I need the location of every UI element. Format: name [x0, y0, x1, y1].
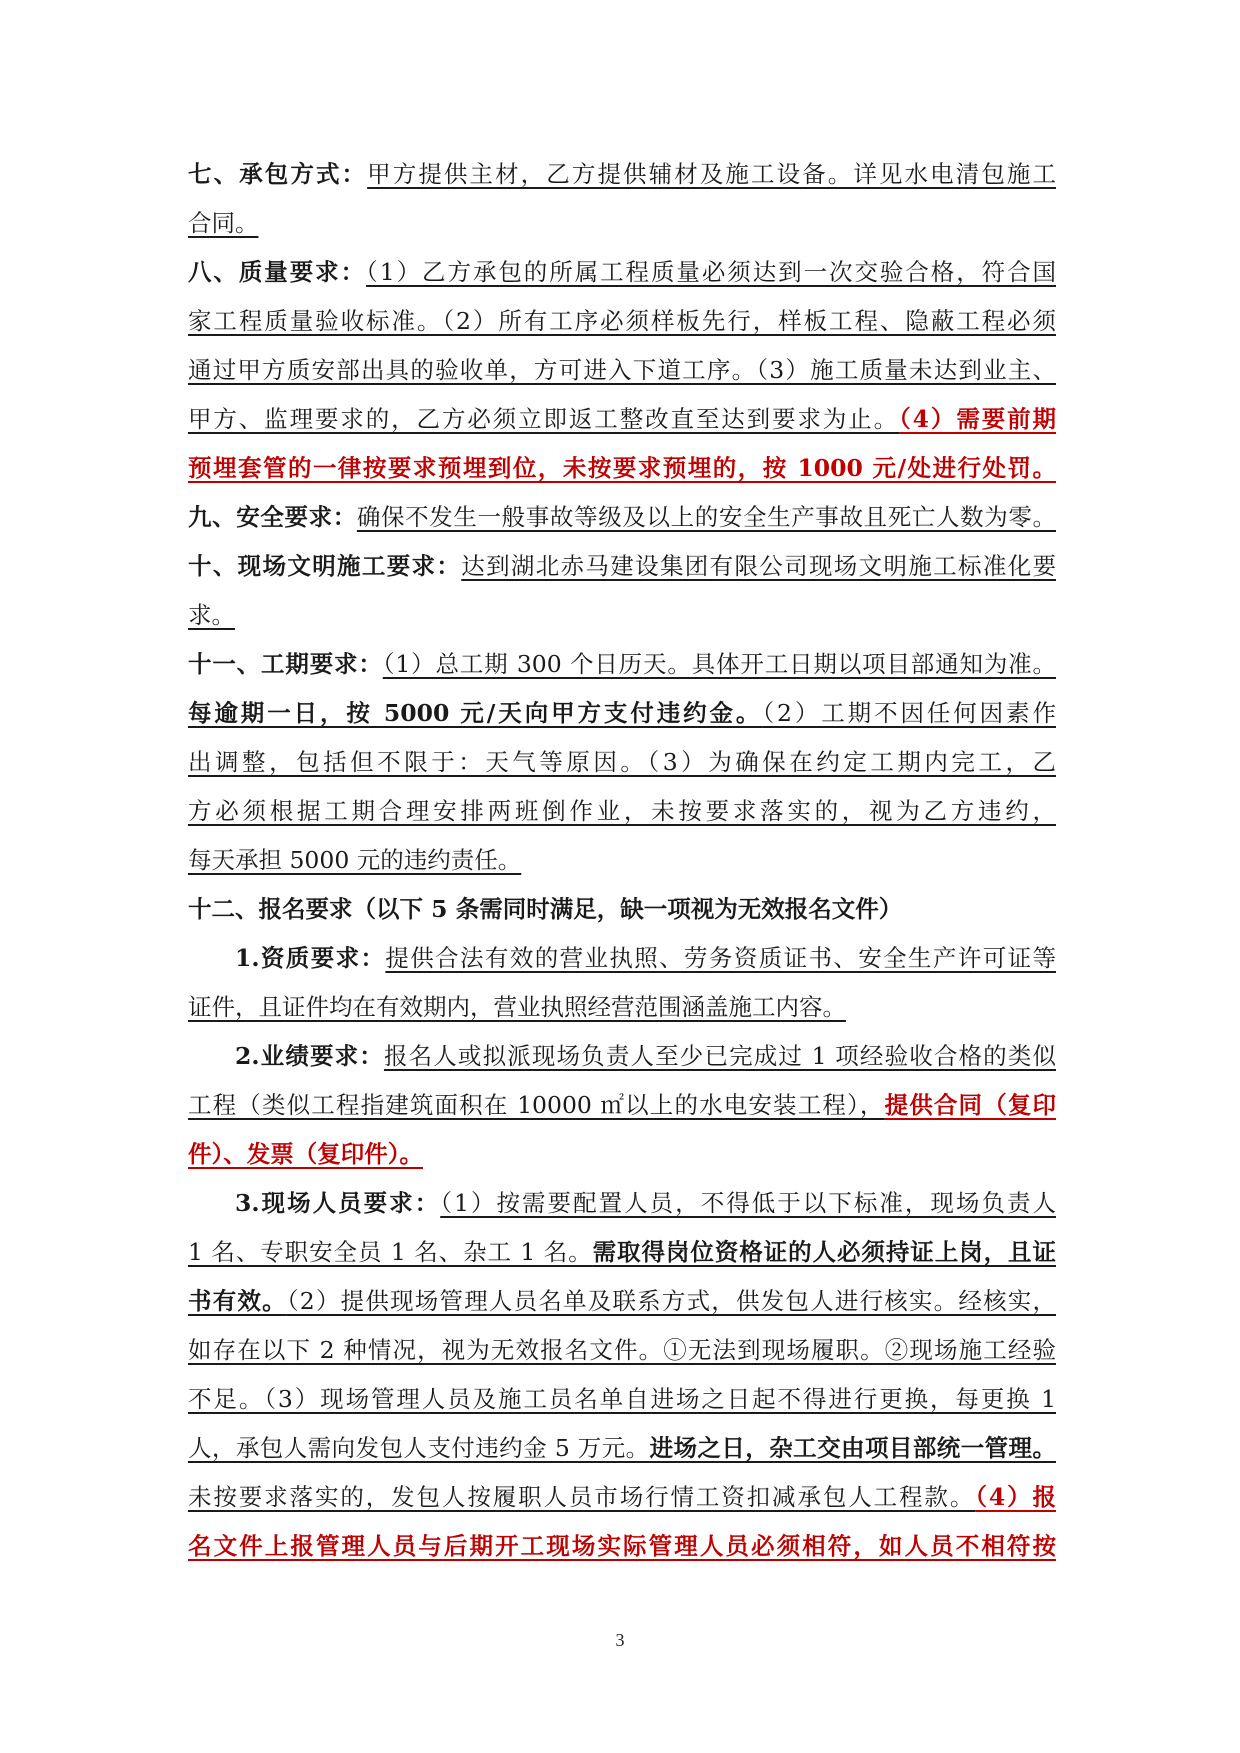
- section-9-text: 确保不发生一般事故等级及以上的安全生产事故且死亡人数为零。: [357, 503, 1056, 531]
- item-3-line-4: 如存在以下 2 种情况，视为无效报名文件。①无法到现场履职。②现场施工经验: [188, 1326, 1056, 1375]
- item-3-line-2: 1 名、专职安全员 1 名、杂工 1 名。需取得岗位资格证的人必须持证上岗，且证: [188, 1228, 1056, 1277]
- section-11-text: （1）总工期 300 个日历天。具体开工日期以项目部通知为准。: [383, 650, 1056, 678]
- item-3-text: 未按要求落实的，发包人按履职人员市场行情工资扣减承包人工程款。: [188, 1483, 975, 1511]
- item-3-heading: 3.现场人员要求：: [235, 1189, 440, 1217]
- section-8-line-1: 八、质量要求：（1）乙方承包的所属工程质量必须达到一次交验合格，符合国: [188, 248, 1056, 297]
- section-8-emphasis: 预埋套管的一律按要求预埋到位，未按要求预埋的，按 1000 元/处进行处罚。: [188, 454, 1056, 482]
- item-1-line-1: 1.资质要求：提供合法有效的营业执照、劳务资质证书、安全生产许可证等: [188, 934, 1056, 983]
- section-10-text: 求。: [188, 601, 235, 629]
- item-3-emphasis: 书有效。: [188, 1287, 287, 1315]
- section-8-line-5: 预埋套管的一律按要求预埋到位，未按要求预埋的，按 1000 元/处进行处罚。: [188, 444, 1056, 493]
- section-10-heading: 十、现场文明施工要求：: [188, 552, 461, 580]
- section-11-emphasis: 每逾期一日，按 5000 元/天向甲方支付违约金。: [188, 699, 762, 727]
- item-3-text: （2）提供现场管理人员名单及联系方式，供发包人进行核实。经核实，: [287, 1287, 1056, 1315]
- item-3-text: 1 名、专职安全员 1 名、杂工 1 名。: [188, 1238, 593, 1266]
- section-7-line-2: 合同。: [188, 199, 1056, 248]
- section-11-line-5: 每天承担 5000 元的违约责任。: [188, 836, 1056, 885]
- item-1-text: 提供合法有效的营业执照、劳务资质证书、安全生产许可证等: [385, 944, 1056, 972]
- item-3-line-1: 3.现场人员要求：（1）按需要配置人员，不得低于以下标准，现场负责人: [188, 1179, 1056, 1228]
- item-3-emphasis: 需取得岗位资格证的人必须持证上岗，且证: [593, 1238, 1056, 1266]
- item-2-emphasis: 提供合同（复印: [885, 1091, 1056, 1119]
- item-2-line-3: 件）、发票（复印件）。: [188, 1130, 1056, 1179]
- section-7-text: 甲方提供主材，乙方提供辅材及施工设备。详见水电清包施工: [367, 160, 1056, 188]
- item-3-line-3: 书有效。（2）提供现场管理人员名单及联系方式，供发包人进行核实。经核实，: [188, 1277, 1056, 1326]
- section-8-line-2: 家工程质量验收标准。（2）所有工序必须样板先行，样板工程、隐蔽工程必须: [188, 297, 1056, 346]
- section-11-text: （2）工期不因任何因素作: [762, 699, 1056, 727]
- item-3-line-5: 不足。（3）现场管理人员及施工员名单自进场之日起不得进行更换，每更换 1: [188, 1375, 1056, 1424]
- item-2-text: 报名人或拟派现场负责人至少已完成过 1 项经验收合格的类似: [384, 1042, 1056, 1070]
- item-2-line-2: 工程（类似工程指建筑面积在 10000 ㎡以上的水电安装工程），提供合同（复印: [188, 1081, 1056, 1130]
- section-8-emphasis: （4）需要前期: [899, 405, 1056, 433]
- item-1-text: 证件，且证件均在有效期内，营业执照经营范围涵盖施工内容。: [188, 993, 846, 1021]
- section-8-heading: 八、质量要求：: [188, 258, 366, 286]
- item-2-heading: 2.业绩要求：: [235, 1042, 384, 1070]
- section-8-text: （1）乙方承包的所属工程质量必须达到一次交验合格，符合国: [366, 258, 1056, 286]
- section-11-heading: 十一、工期要求：: [188, 650, 383, 678]
- item-3-emphasis: （4）报: [975, 1483, 1056, 1511]
- item-1-line-2: 证件，且证件均在有效期内，营业执照经营范围涵盖施工内容。: [188, 983, 1056, 1032]
- section-7-text: 合同。: [188, 209, 259, 237]
- item-3-text: （1）按需要配置人员，不得低于以下标准，现场负责人: [440, 1189, 1056, 1217]
- section-7-line-1: 七、承包方式：甲方提供主材，乙方提供辅材及施工设备。详见水电清包施工: [188, 150, 1056, 199]
- section-10-line-2: 求。: [188, 591, 1056, 640]
- item-3-emphasis: 名文件上报管理人员与后期开工现场实际管理人员必须相符，如人员不相符按: [188, 1532, 1056, 1560]
- section-8-line-4: 甲方、监理要求的，乙方必须立即返工整改直至达到要求为止。（4）需要前期: [188, 395, 1056, 444]
- section-11-text: 每天承担 5000 元的违约责任。: [188, 846, 521, 874]
- item-3-emphasis: 进场之日，杂工交由项目部统一管理。: [650, 1434, 1056, 1462]
- section-11-line-4: 方必须根据工期合理安排两班倒作业，未按要求落实的，视为乙方违约，: [188, 787, 1056, 836]
- section-10-text: 达到湖北赤马建设集团有限公司现场文明施工标准化要: [461, 552, 1056, 580]
- item-3-line-6: 人，承包人需向发包人支付违约金 5 万元。进场之日，杂工交由项目部统一管理。: [188, 1424, 1056, 1473]
- section-7-heading: 七、承包方式：: [188, 160, 367, 188]
- section-11-line-1: 十一、工期要求：（1）总工期 300 个日历天。具体开工日期以项目部通知为准。: [188, 640, 1056, 689]
- section-8-line-3: 通过甲方质安部出具的验收单，方可进入下道工序。（3）施工质量未达到业主、: [188, 346, 1056, 395]
- section-11-line-2: 每逾期一日，按 5000 元/天向甲方支付违约金。（2）工期不因任何因素作: [188, 689, 1056, 738]
- section-11-line-3: 出调整，包括但不限于：天气等原因。（3）为确保在约定工期内完工，乙: [188, 738, 1056, 787]
- item-2-line-1: 2.业绩要求：报名人或拟派现场负责人至少已完成过 1 项经验收合格的类似: [188, 1032, 1056, 1081]
- section-12-heading: 十二、报名要求（以下 5 条需同时满足，缺一项视为无效报名文件）: [188, 885, 1056, 934]
- item-2-emphasis: 件）、发票（复印件）。: [188, 1140, 423, 1168]
- document-page: 七、承包方式：甲方提供主材，乙方提供辅材及施工设备。详见水电清包施工 合同。 八…: [188, 150, 1056, 1571]
- section-9-heading: 九、安全要求：: [188, 503, 357, 531]
- item-3-text: 人，承包人需向发包人支付违约金 5 万元。: [188, 1434, 650, 1462]
- section-10-line-1: 十、现场文明施工要求：达到湖北赤马建设集团有限公司现场文明施工标准化要: [188, 542, 1056, 591]
- item-3-line-8: 名文件上报管理人员与后期开工现场实际管理人员必须相符，如人员不相符按: [188, 1522, 1056, 1571]
- section-9-line-1: 九、安全要求：确保不发生一般事故等级及以上的安全生产事故且死亡人数为零。: [188, 493, 1056, 542]
- item-3-line-7: 未按要求落实的，发包人按履职人员市场行情工资扣减承包人工程款。（4）报: [188, 1473, 1056, 1522]
- section-8-text: 甲方、监理要求的，乙方必须立即返工整改直至达到要求为止。: [188, 405, 899, 433]
- item-1-heading: 1.资质要求：: [235, 944, 385, 972]
- page-number: 3: [0, 1630, 1240, 1651]
- item-2-text: 工程（类似工程指建筑面积在 10000 ㎡以上的水电安装工程），: [188, 1091, 885, 1119]
